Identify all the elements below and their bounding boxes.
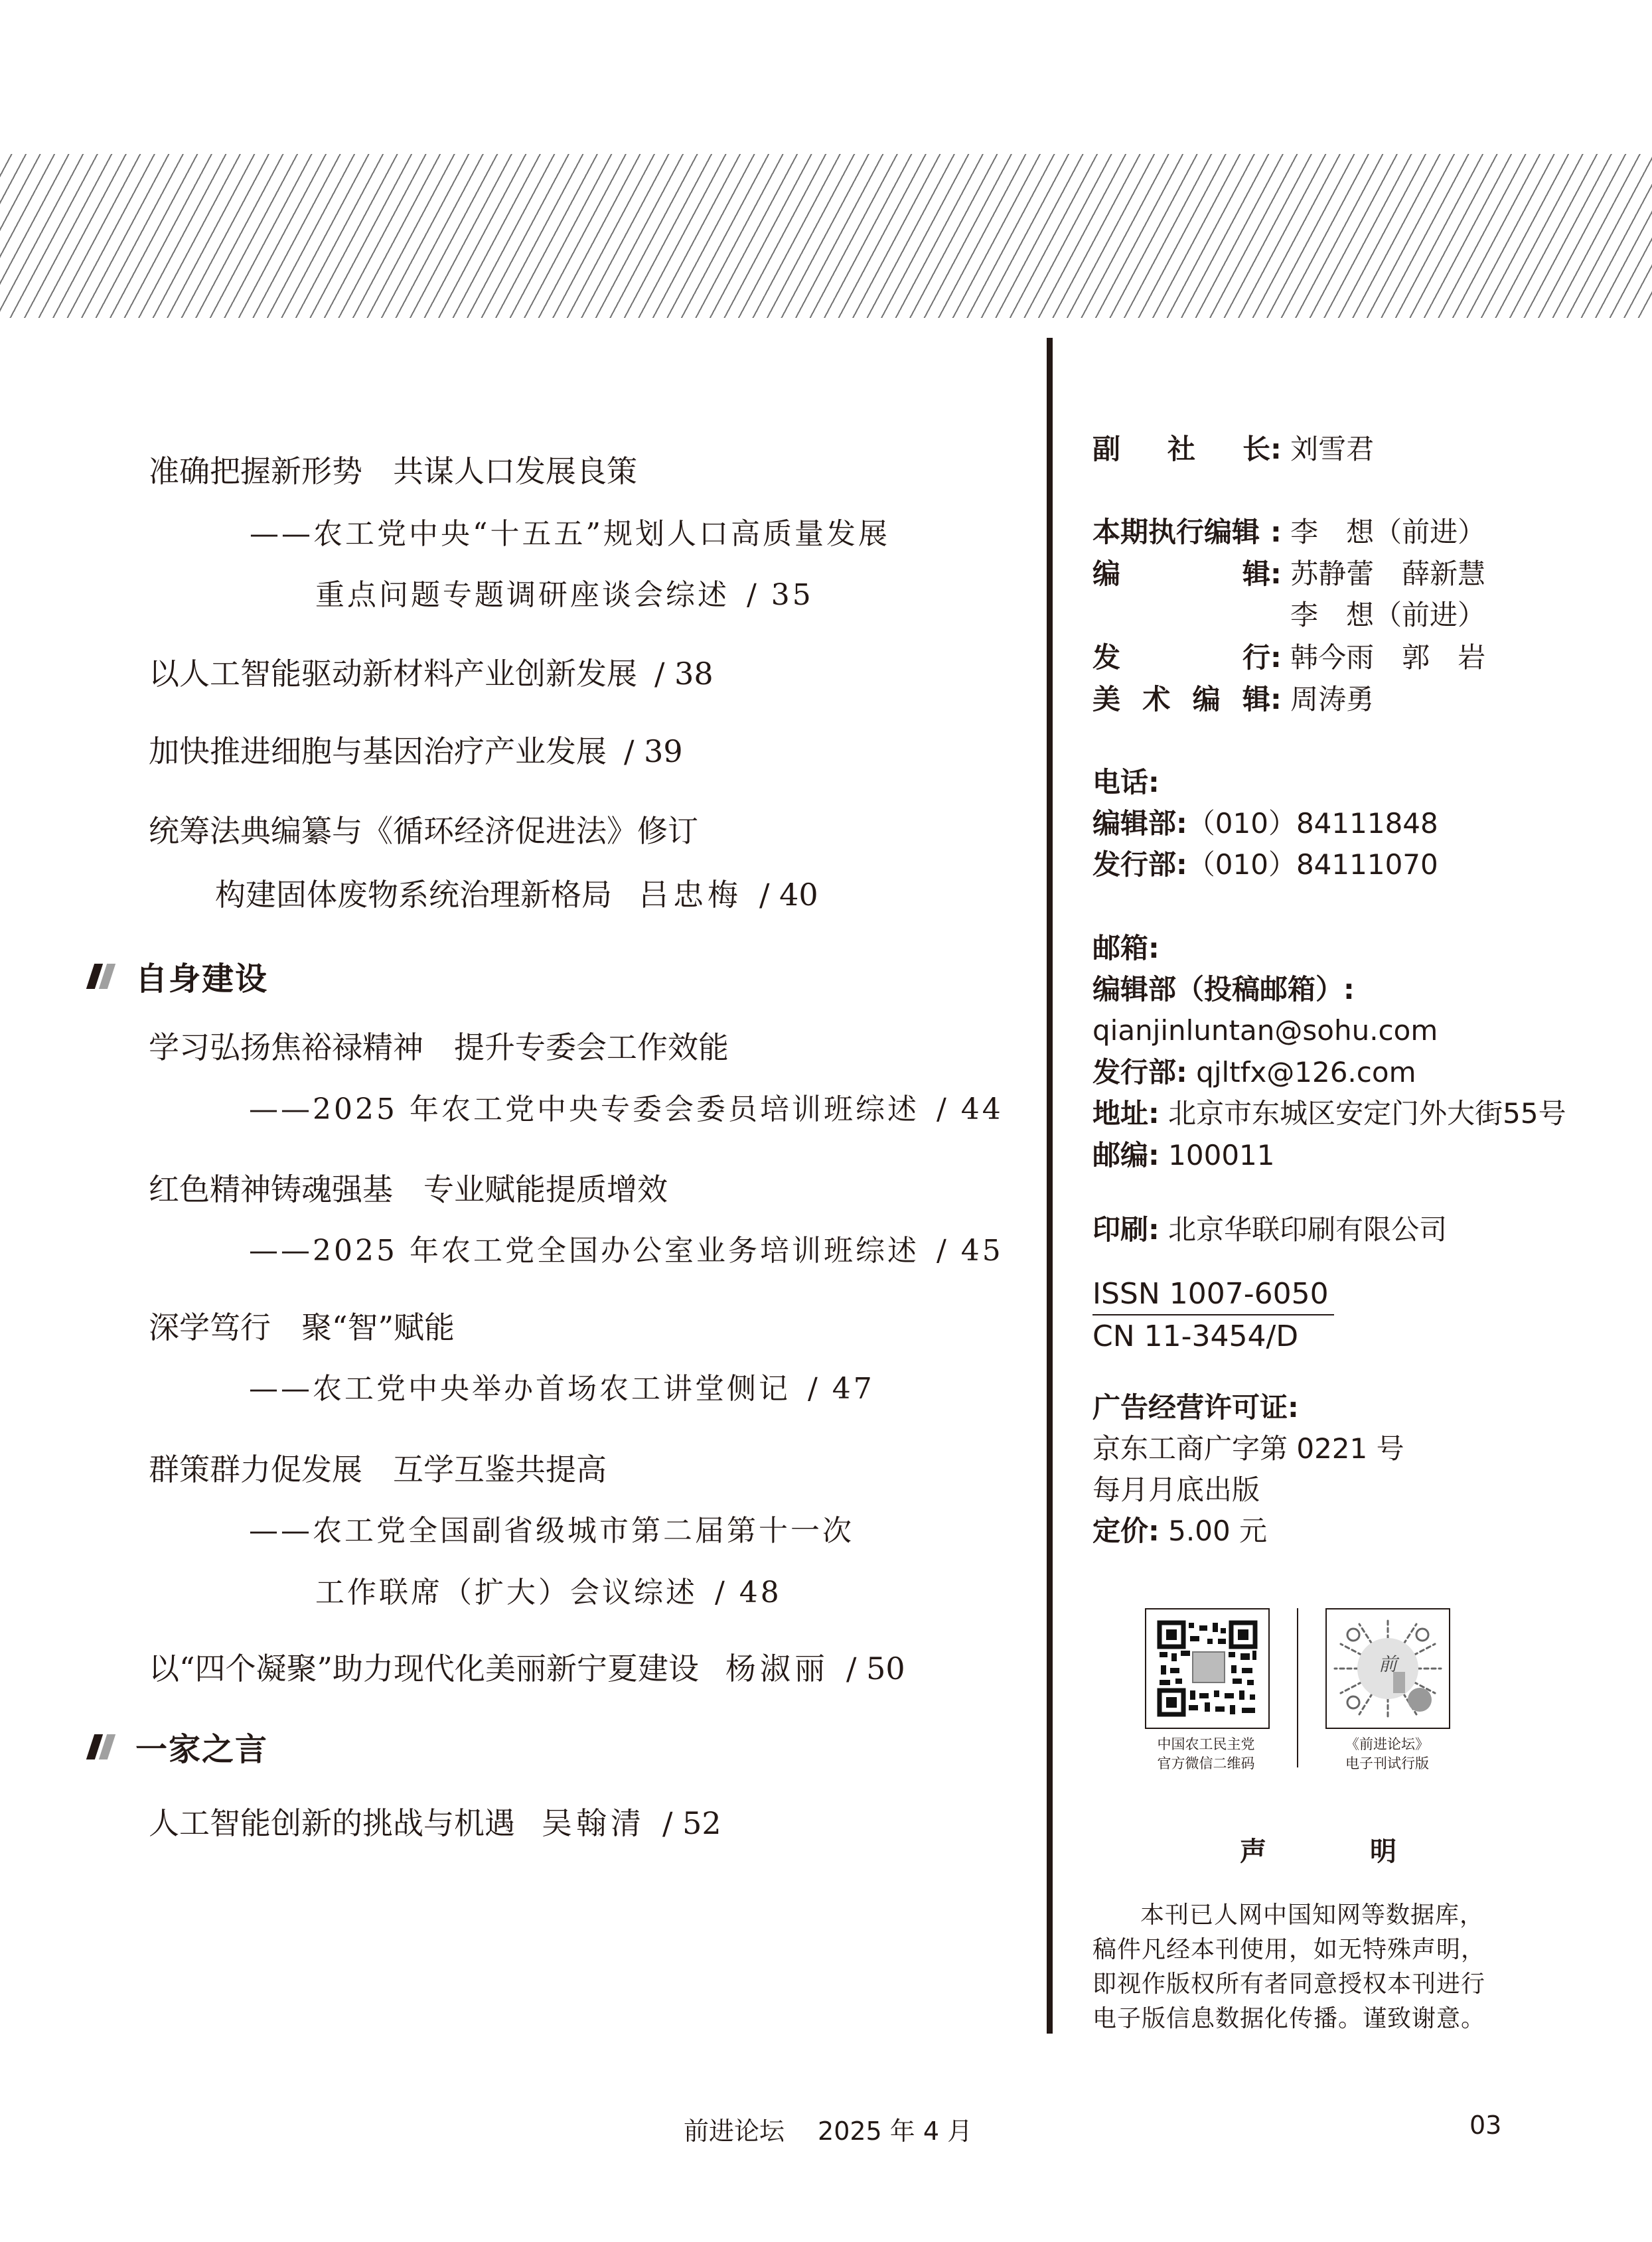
author: 吴翰清 [542, 1805, 645, 1841]
notice-body: 本刊已人网中国知网等数据库，稿件凡经本刊使用，如无特殊声明，即视作版权所有者同意… [1092, 1898, 1504, 2036]
section-header-self-building: 自身建设 [85, 953, 268, 999]
toc-entry-title[interactable]: 加快推进细胞与基因治疗产业发展/ 39 [149, 731, 683, 771]
issn-rule [1092, 1314, 1334, 1315]
toc-entry-subtitle: 重点问题专题调研座谈会综述/ 35 [315, 575, 814, 615]
page-number: / 48 [715, 1576, 782, 1609]
phone-distribution: 发行部:（010）84111070 [1092, 844, 1438, 885]
masthead-editors: 编辑: 苏静蕾 薛新慧 [1092, 554, 1485, 595]
toc-entry-title[interactable]: 群策群力促发展 互学互鉴共提高 [149, 1450, 607, 1489]
page-number: / 40 [759, 877, 818, 913]
author: 杨淑丽 [725, 1651, 829, 1686]
footer-journal-issue: 前进论坛2025 年 4 月 [684, 2111, 972, 2147]
section-marker-icon [85, 964, 118, 989]
toc-entry-subtitle: 工作联席（扩大）会议综述/ 48 [315, 1573, 782, 1613]
masthead-distribution: 发行: 韩今雨 郭 岩 [1092, 637, 1485, 678]
toc-entry-title[interactable]: 人工智能创新的挑战与机遇吴翰清/ 52 [149, 1803, 721, 1843]
qr-caption-e-journal: 《前进论坛》 电子刊试行版 [1321, 1735, 1454, 1773]
cn-number: CN 11-3454/D [1092, 1318, 1334, 1355]
email-editorial-value[interactable]: qianjinluntan@sohu.com [1092, 1010, 1438, 1051]
toc-entry-title[interactable]: 准确把握新形势 共谋人口发展良策 [149, 451, 637, 491]
masthead-exec-editor: 本期执行编辑: 李 想（前进） [1092, 512, 1485, 553]
toc-entry-subtitle: ——2025 年农工党全国办公室业务培训班综述/ 45 [249, 1231, 1004, 1271]
page-number: / 38 [654, 656, 713, 692]
notice-title: 声 明 [1240, 1831, 1435, 1868]
toc-entry-title[interactable]: 统筹法典编纂与《循环经济促进法》修订 [149, 811, 698, 851]
ad-license-label: 广告经营许可证: [1092, 1387, 1299, 1428]
page-number: 03 [1469, 2111, 1501, 2140]
section-header-one-voice: 一家之言 [85, 1724, 268, 1769]
page-number: / 50 [846, 1651, 905, 1686]
masthead-deputy-director: 副社长: 刘雪君 [1092, 429, 1374, 470]
footer-journal: 前进论坛 [684, 2117, 785, 2146]
address: 地址: 北京市东城区安定门外大街55号 [1092, 1093, 1566, 1134]
toc-entry-subtitle: ——2025 年农工党中央专委会委员培训班综述/ 44 [249, 1090, 1004, 1130]
page-number: / 52 [662, 1805, 721, 1841]
toc-entry-subtitle: 构建固体废物系统治理新格局吕忠梅/ 40 [215, 875, 818, 915]
page-number: / 45 [937, 1234, 1004, 1268]
issn-block: ISSN 1007-6050 CN 11-3454/D [1092, 1276, 1334, 1355]
publication-schedule: 每月月底出版 [1092, 1469, 1260, 1511]
toc-entry-title[interactable]: 以“四个凝聚”助力现代化美丽新宁夏建设杨淑丽/ 50 [149, 1649, 905, 1688]
page-number: / 44 [937, 1092, 1004, 1126]
masthead-editors-cont: 李 想（前进） [1290, 595, 1485, 636]
issn-number: ISSN 1007-6050 [1092, 1276, 1334, 1313]
masthead-art-editor: 美术编辑: 周涛勇 [1092, 679, 1374, 720]
column-divider [1047, 338, 1053, 2034]
toc-entry-subtitle: ——农工党中央举办首场农工讲堂侧记/ 47 [249, 1369, 875, 1409]
section-title: 一家之言 [135, 1724, 268, 1769]
email-label: 邮箱: [1092, 928, 1160, 969]
section-title: 自身建设 [135, 953, 268, 999]
toc-entry-title[interactable]: 红色精神铸魂强基 专业赋能提质增效 [149, 1169, 668, 1209]
toc-entry-subtitle: ——农工党中央“十五五”规划人口高质量发展 [250, 514, 890, 554]
section-marker-icon [85, 1734, 118, 1759]
phone-label: 电话: [1092, 762, 1160, 803]
email-editorial-label: 编辑部（投稿邮箱）: [1092, 969, 1355, 1010]
toc-entry-subtitle: ——农工党全国副省级城市第二届第十一次 [249, 1511, 854, 1551]
phone-editorial: 编辑部:（010）84111848 [1092, 803, 1438, 844]
author: 吕忠梅 [638, 877, 742, 913]
printer: 印刷: 北京华联印刷有限公司 [1092, 1209, 1447, 1250]
postcode: 邮编: 100011 [1092, 1135, 1275, 1176]
page-number: / 47 [808, 1372, 875, 1406]
email-distribution[interactable]: 发行部: qjltfx@126.com [1092, 1052, 1416, 1093]
qr-caption-official-wechat: 中国农工民主党 官方微信二维码 [1140, 1735, 1272, 1773]
toc-entry-title[interactable]: 深学笃行 聚“智”赋能 [149, 1308, 455, 1347]
footer-issue: 2025 年 4 月 [818, 2117, 972, 2146]
qr-separator [1297, 1608, 1298, 1767]
page-number: / 39 [624, 733, 683, 769]
mini-program-code-icon[interactable]: 前 [1325, 1608, 1450, 1729]
page-number: / 35 [747, 578, 814, 612]
ad-license-value: 京东工商广字第 0221 号 [1092, 1428, 1404, 1469]
price: 定价: 5.00 元 [1092, 1511, 1267, 1552]
toc-entry-title[interactable]: 学习弘扬焦裕禄精神 提升专委会工作效能 [149, 1027, 729, 1067]
diagonal-hatch-band [0, 154, 1652, 318]
toc-entry-title[interactable]: 以人工智能驱动新材料产业创新发展/ 38 [149, 654, 713, 694]
qr-code-icon[interactable] [1145, 1608, 1270, 1729]
